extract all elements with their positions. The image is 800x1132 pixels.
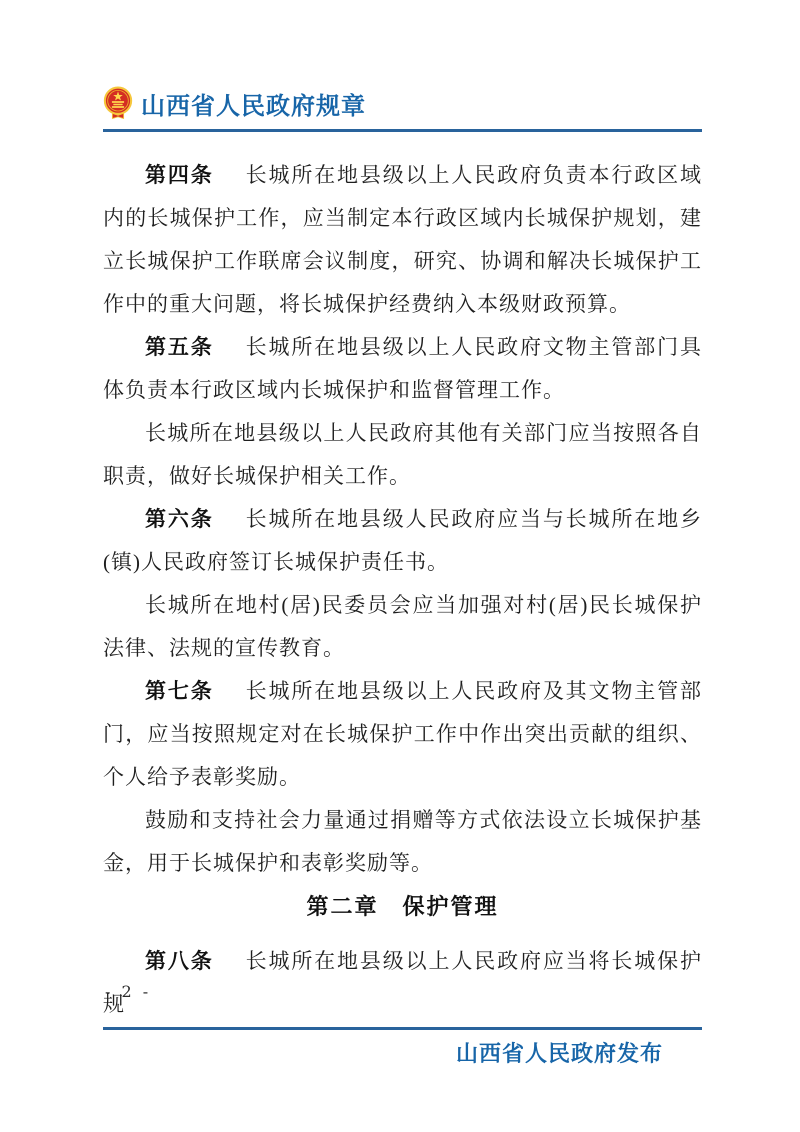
article-paragraph: 第六条长城所在地县级人民政府应当与长城所在地乡(镇)人民政府签订长城保护责任书。 bbox=[103, 498, 702, 584]
article-text: 长城所在地村(居)民委员会应当加强对村(居)民长城保护法律、法规的宣传教育。 bbox=[103, 593, 702, 660]
body-paragraph: 长城所在地县级以上人民政府其他有关部门应当按照各自职责，做好长城保护相关工作。 bbox=[103, 412, 702, 498]
body-paragraph: 长城所在地村(居)民委员会应当加强对村(居)民长城保护法律、法规的宣传教育。 bbox=[103, 584, 702, 670]
article-paragraph: 第五条长城所在地县级以上人民政府文物主管部门具体负责本行政区域内长城保护和监督管… bbox=[103, 326, 702, 412]
chapter-heading: 第二章 保护管理 bbox=[103, 885, 702, 928]
article-text: 长城所在地县级以上人民政府其他有关部门应当按照各自职责，做好长城保护相关工作。 bbox=[103, 421, 702, 488]
article-text: 鼓励和支持社会力量通过捐赠等方式依法设立长城保护基金，用于长城保护和表彰奖励等。 bbox=[103, 808, 702, 875]
footer-divider bbox=[103, 1027, 702, 1030]
document-page: 山西省人民政府规章 第四条长城所在地县级以上人民政府负责本行政区域内的长城保护工… bbox=[0, 0, 800, 1132]
article-paragraph: 第八条长城所在地县级以上人民政府应当将长城保护规 bbox=[103, 940, 702, 1026]
article-paragraph: 第七条长城所在地县级以上人民政府及其文物主管部门，应当按照规定对在长城保护工作中… bbox=[103, 670, 702, 799]
page-number: - 2 - bbox=[105, 982, 151, 1001]
china-national-emblem-icon bbox=[103, 86, 133, 121]
publisher-label: 山西省人民政府发布 bbox=[456, 1037, 663, 1068]
article-number: 第七条 bbox=[145, 680, 214, 703]
article-number: 第四条 bbox=[145, 164, 214, 187]
masthead: 山西省人民政府规章 bbox=[103, 84, 366, 122]
article-number: 第八条 bbox=[145, 950, 214, 973]
article-paragraph: 第四条长城所在地县级以上人民政府负责本行政区域内的长城保护工作，应当制定本行政区… bbox=[103, 154, 702, 326]
document-body: 第四条长城所在地县级以上人民政府负责本行政区域内的长城保护工作，应当制定本行政区… bbox=[103, 154, 702, 1026]
body-paragraph: 鼓励和支持社会力量通过捐赠等方式依法设立长城保护基金，用于长城保护和表彰奖励等。 bbox=[103, 799, 702, 885]
article-number: 第六条 bbox=[145, 508, 214, 531]
article-number: 第五条 bbox=[145, 336, 214, 359]
masthead-title: 山西省人民政府规章 bbox=[141, 86, 366, 121]
header-divider bbox=[103, 129, 702, 132]
